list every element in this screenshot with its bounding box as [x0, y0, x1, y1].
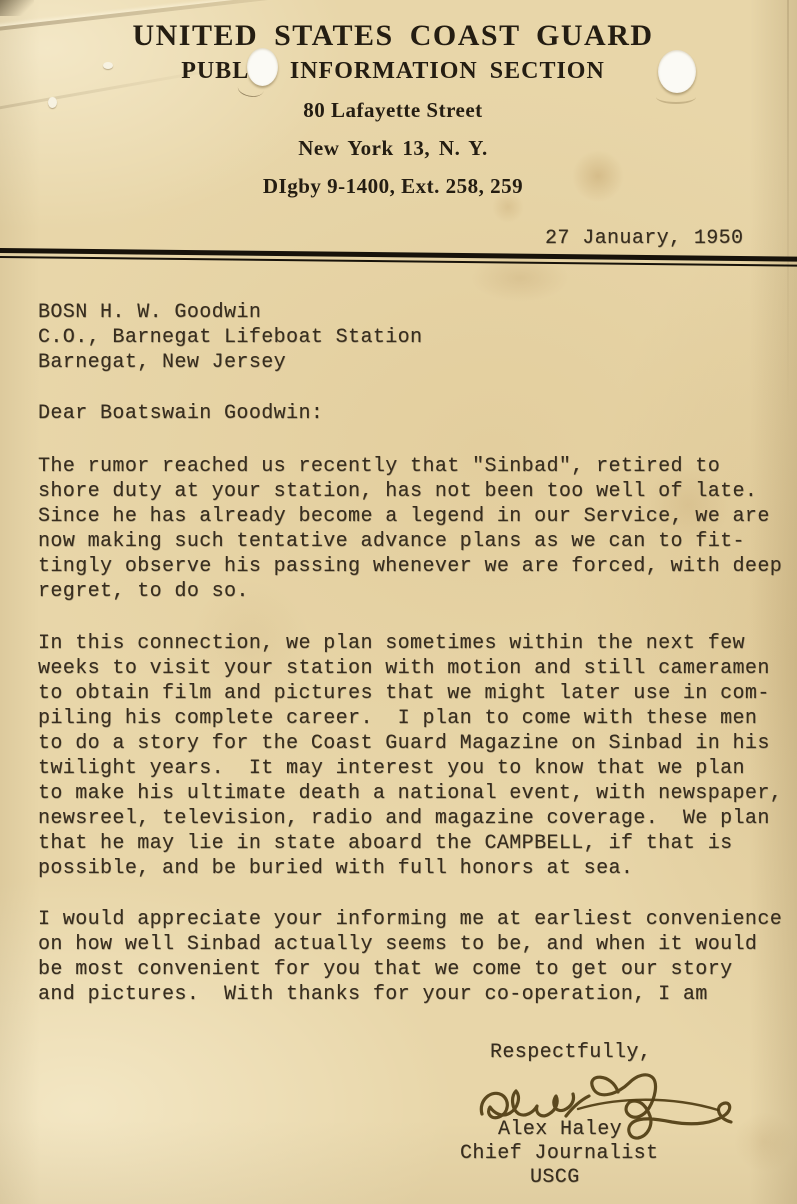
body-paragraph-3: I would appreciate your informing me at … — [38, 907, 782, 1007]
letterhead-org-name: UNITED STATES COAST GUARD — [0, 19, 786, 53]
body-paragraph-1: The rumor reached us recently that "Sinb… — [38, 454, 782, 604]
signer-name: Alex Haley — [498, 1117, 622, 1142]
recipient-station: C.O., Barnegat Lifeboat Station — [38, 326, 422, 349]
valediction: Respectfully, — [490, 1040, 651, 1065]
letterhead-city-address: New York 13, N. Y. — [0, 136, 786, 161]
date-line: 27 January, 1950 — [545, 226, 743, 251]
salutation: Dear Boatswain Goodwin: — [38, 401, 323, 426]
letter-page: UNITED STATES COAST GUARD PUBLIC INFORMA… — [0, 0, 797, 1204]
hole-punch-right — [658, 50, 696, 93]
signer-organization: USCG — [530, 1165, 580, 1190]
recipient-name: BOSN H. W. Goodwin — [38, 301, 261, 324]
signer-title: Chief Journalist — [460, 1141, 658, 1166]
paper-crease-right — [787, 0, 789, 420]
letterhead-phone-number: DIgby 9-1400, Ext. 258, 259 — [0, 174, 786, 199]
body-paragraph-2: In this connection, we plan sometimes wi… — [38, 631, 782, 881]
recipient-city: Barnegat, New Jersey — [38, 351, 286, 374]
paper-corner-shadow — [0, 0, 34, 16]
hole-punch-dent — [656, 90, 696, 104]
recipient-address-block: BOSN H. W. GoodwinC.O., Barnegat Lifeboa… — [38, 300, 422, 375]
